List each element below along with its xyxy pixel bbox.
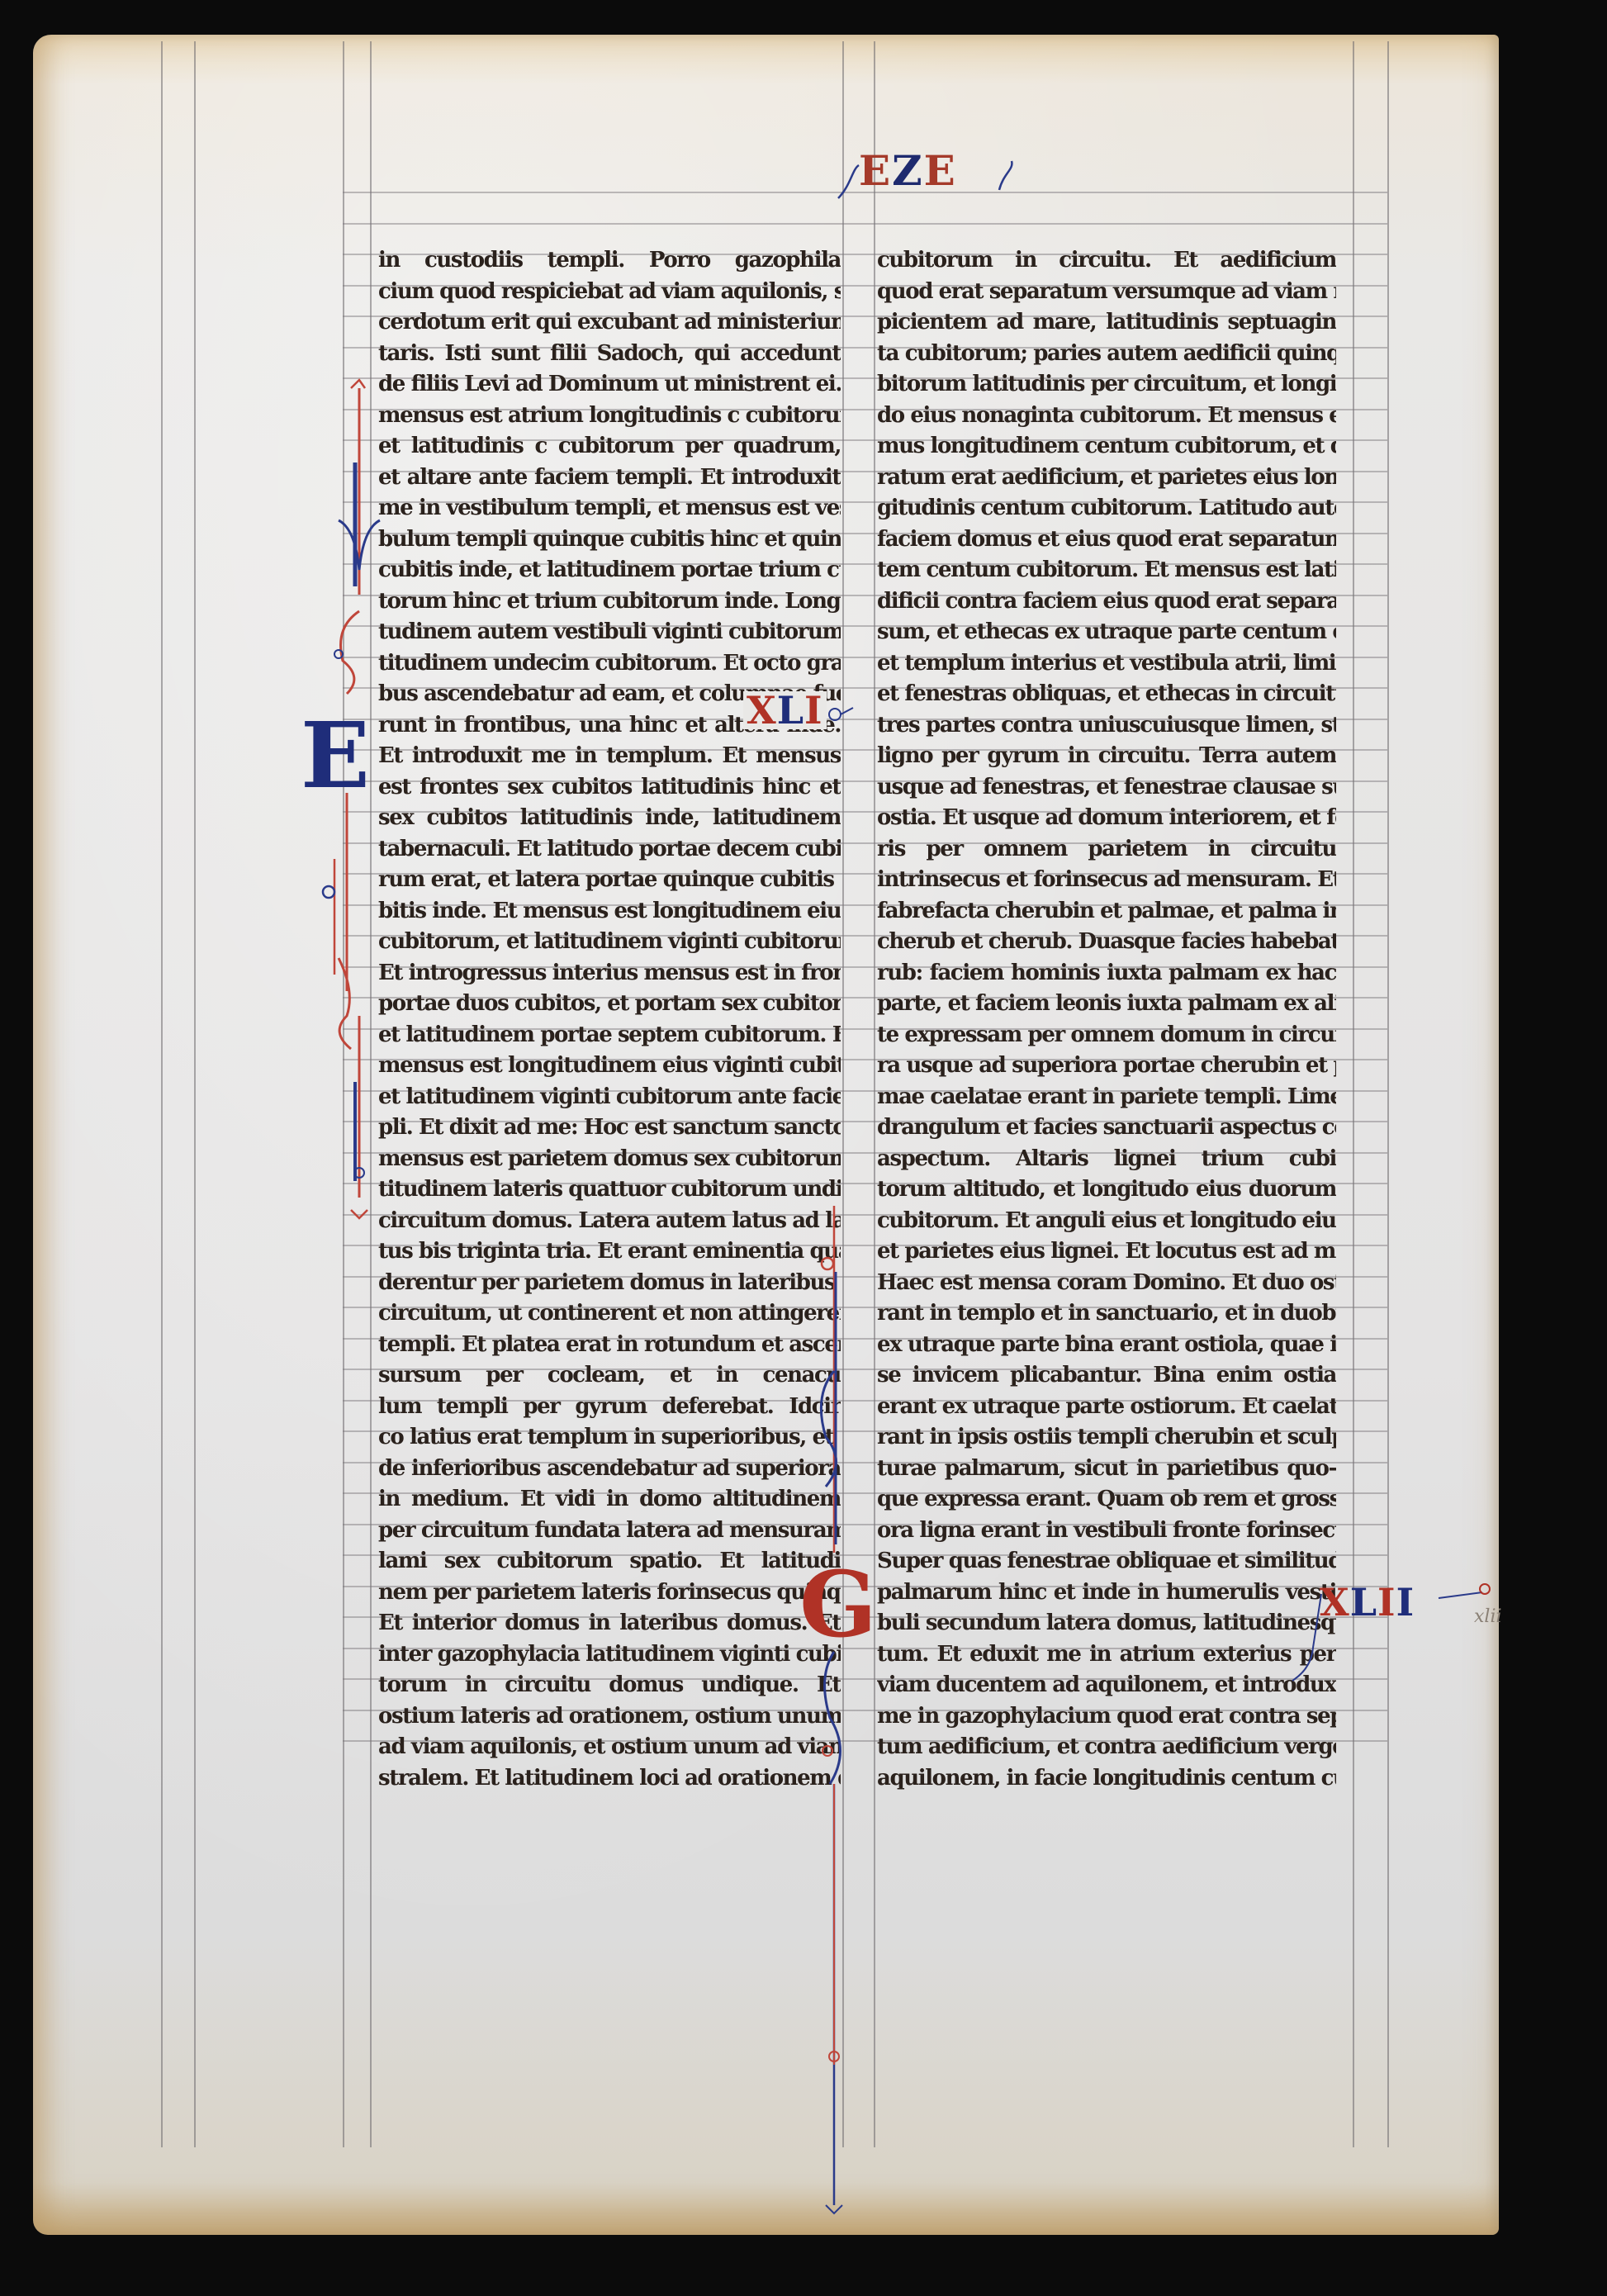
initial-penwork-e-icon <box>314 363 380 1222</box>
text-line: sursum per cocleam, et in cenacu <box>378 1360 841 1392</box>
text-line: mensus est longitudinem eius viginti cub… <box>378 1051 841 1082</box>
ruling-line <box>343 223 1387 225</box>
text-line: ora ligna erant in vestibuli fronte fori… <box>877 1516 1336 1547</box>
text-line: fabrefacta cherubin et palmae, et palma … <box>877 896 1336 927</box>
text-line: circuitum, ut continerent et non attinge… <box>378 1298 841 1330</box>
text-line: tus bis triginta tria. Et erant eminenti… <box>378 1236 841 1268</box>
text-line: sex cubitos latitudinis inde, latitudine… <box>378 803 841 834</box>
text-line: cubitis inde, et latitudinem portae triu… <box>378 555 841 586</box>
text-line: tres partes contra uniuscuiusque limen, … <box>877 710 1336 742</box>
text-line: mensus est parietem domus sex cubitorum,… <box>378 1144 841 1175</box>
text-line: et altare ante faciem templi. Et introdu… <box>378 463 841 494</box>
chapter-flourish-icon <box>1437 1577 1495 1611</box>
text-line: intrinsecus et forinsecus ad mensuram. E… <box>877 865 1336 896</box>
text-line: templi. Et platea erat in rotundum et as… <box>378 1330 841 1361</box>
text-line: aquilonem, in facie longitudinis centum … <box>877 1763 1336 1795</box>
text-line: et fenestras obliquas, et ethecas in cir… <box>877 679 1336 710</box>
text-line: cerdotum erit qui excubant ad ministeriu… <box>378 307 841 339</box>
text-line: et latitudinis c cubitorum per quadrum, <box>378 431 841 463</box>
text-line: gitudinis centum cubitorum. Latitudo aut… <box>877 493 1336 524</box>
text-line: parte, et faciem leonis iuxta palmam ex … <box>877 989 1336 1020</box>
text-line: que expressa erant. Quam ob rem et gross… <box>877 1484 1336 1516</box>
text-line: mae caelatae erant in pariete templi. Li… <box>877 1082 1336 1113</box>
text-line: in custodiis templi. Porro gazophila <box>378 245 841 277</box>
text-line: ta cubitorum; paries autem aedificii qui… <box>877 339 1336 370</box>
text-line: do eius nonaginta cubitorum. Et mensus e… <box>877 401 1336 432</box>
chapter-number-xlii: XLII <box>1320 1583 1415 1621</box>
text-line: ostium lateris ad orationem, ostium unum <box>378 1701 841 1733</box>
text-column-right: cubitorum in circuitu. Et aedificiumquod… <box>877 245 1336 1794</box>
ruling-line <box>1353 41 1354 2147</box>
text-line: aspectum. Altaris lignei trium cubi <box>877 1144 1336 1175</box>
text-line: drangulum et facies sanctuarii aspectus … <box>877 1112 1336 1144</box>
text-line: et latitudinem portae septem cubitorum. … <box>378 1020 841 1051</box>
text-line: torum altitudo, et longitudo eius duorum <box>877 1174 1336 1206</box>
text-line: inter gazophylacia latitudinem viginti c… <box>378 1639 841 1671</box>
text-line: Et interior domus in lateribus domus. Et <box>378 1608 841 1639</box>
text-line: stralem. Et latitudinem loci ad oratione… <box>378 1763 841 1795</box>
text-line: bitis inde. Et mensus est longitudinem e… <box>378 896 841 927</box>
text-line: ad viam aquilonis, et ostium unum ad via… <box>378 1732 841 1763</box>
text-line: Super quas fenestrae obliquae et similit… <box>877 1546 1336 1577</box>
text-line: titudinem lateris quattuor cubitorum und… <box>378 1174 841 1206</box>
text-line: ostia. Et usque ad domum interiorem, et … <box>877 803 1336 834</box>
text-line: quod erat separatum versumque ad viam re… <box>877 277 1336 308</box>
chapter-flourish-icon <box>1288 1590 1330 1689</box>
text-line: tum. Et eduxit me in atrium exterius per <box>877 1639 1336 1671</box>
text-line: tabernaculi. Et latitudo portae decem cu… <box>378 834 841 866</box>
text-line: et parietes eius lignei. Et locutus est … <box>877 1236 1336 1268</box>
text-line: per circuitum fundata latera ad mensuram… <box>378 1516 841 1547</box>
marginal-note: xlii <box>1474 1606 1502 1627</box>
text-line: usque ad fenestras, et fenestrae clausae… <box>877 772 1336 804</box>
text-line: Haec est mensa coram Domino. Et duo osti… <box>877 1268 1336 1299</box>
chapter-number-xli: XLI <box>743 691 827 729</box>
text-line: rub: faciem hominis iuxta palmam ex hac <box>877 958 1336 989</box>
text-line: tem centum cubitorum. Et mensus est lati… <box>877 555 1336 586</box>
text-line: dificii contra faciem eius quod erat sep… <box>877 586 1336 618</box>
text-line: Et introgressus interius mensus est in f… <box>378 958 841 989</box>
text-line: ris per omnem parietem in circuitu <box>877 834 1336 866</box>
ruling-line <box>161 41 163 2147</box>
text-line: lum templi per gyrum deferebat. Idcir <box>378 1392 841 1423</box>
text-line: sum, et ethecas ex utraque parte centum … <box>877 617 1336 648</box>
text-line: faciem domus et eius quod erat separatum… <box>877 524 1336 556</box>
text-line: lami sex cubitorum spatio. Et latitudi <box>378 1546 841 1577</box>
text-line: et templum interius et vestibula atrii, … <box>877 648 1336 680</box>
text-line: titudinem undecim cubitorum. Et octo gra… <box>378 648 841 680</box>
text-line: de filiis Levi ad Dominum ut ministrent … <box>378 369 841 401</box>
text-line: in medium. Et vidi in domo altitudinem <box>378 1484 841 1516</box>
ruling-line <box>194 41 196 2147</box>
text-column-left: in custodiis templi. Porro gazophilacium… <box>378 245 841 1794</box>
text-line: de inferioribus ascendebatur ad superior… <box>378 1454 841 1485</box>
text-line: me in gazophylacium quod erat contra sep… <box>877 1701 1336 1733</box>
text-line: co latius erat templum in superioribus, … <box>378 1422 841 1454</box>
text-line: turae palmarum, sicut in parietibus quo- <box>877 1454 1336 1485</box>
text-line: torum hinc et trium cubitorum inde. Long… <box>378 586 841 618</box>
text-line: bulum templi quinque cubitis hinc et qui… <box>378 524 841 556</box>
text-line: torum in circuitu domus undique. Et <box>378 1670 841 1701</box>
text-line: mus longitudinem centum cubitorum, et qu… <box>877 431 1336 463</box>
text-line: palmarum hinc et inde in humerulis vesti <box>877 1577 1336 1609</box>
text-line: se invicem plicabantur. Bina enim ostia <box>877 1360 1336 1392</box>
text-line: ra usque ad superiora portae cherubin et… <box>877 1051 1336 1082</box>
text-line: est frontes sex cubitos latitudinis hinc… <box>378 772 841 804</box>
ruling-line <box>874 41 875 2147</box>
text-line: derentur per parietem domus in lateribus… <box>378 1268 841 1299</box>
ruling-line <box>1387 41 1389 2147</box>
text-line: nem per parietem lateris forinsecus quin… <box>378 1577 841 1609</box>
text-line: circuitum domus. Latera autem latus ad l… <box>378 1206 841 1237</box>
text-line: cubitorum. Et anguli eius et longitudo e… <box>877 1206 1336 1237</box>
header-flourish-icon <box>834 153 1016 211</box>
initial-penwork-g-icon <box>809 1189 867 2213</box>
text-line: ratum erat aedificium, et parietes eius … <box>877 463 1336 494</box>
text-line: ligno per gyrum in circuitu. Terra autem <box>877 741 1336 772</box>
text-line: pli. Et dixit ad me: Hoc est sanctum san… <box>378 1112 841 1144</box>
text-line: bitorum latitudinis per circuitum, et lo… <box>877 369 1336 401</box>
text-line: rum erat, et latera portae quinque cubit… <box>378 865 841 896</box>
text-line: cium quod respiciebat ad viam aquilonis,… <box>378 277 841 308</box>
text-line: mensus est atrium longitudinis c cubitor… <box>378 401 841 432</box>
text-line: rant in templo et in sanctuario, et in d… <box>877 1298 1336 1330</box>
text-line: tum aedificium, et contra aedificium ver… <box>877 1732 1336 1763</box>
text-line: cherub et cherub. Duasque facies habebat… <box>877 927 1336 958</box>
text-line: rant in ipsis ostiis templi cherubin et … <box>877 1422 1336 1454</box>
text-line: buli secundum latera domus, latitudinesq… <box>877 1608 1336 1639</box>
text-line: Et introduxit me in templum. Et mensus <box>378 741 841 772</box>
text-line: me in vestibulum templi, et mensus est v… <box>378 493 841 524</box>
chapter-flourish-icon <box>822 698 855 731</box>
text-line: cubitorum in circuitu. Et aedificium <box>877 245 1336 277</box>
text-line: viam ducentem ad aquilonem, et introduxi… <box>877 1670 1336 1701</box>
text-line: ex utraque parte bina erant ostiola, qua… <box>877 1330 1336 1361</box>
text-line: erant ex utraque parte ostiorum. Et cael… <box>877 1392 1336 1423</box>
text-line: te expressam per omnem domum in circuitu… <box>877 1020 1336 1051</box>
text-line: taris. Isti sunt filii Sadoch, qui acced… <box>378 339 841 370</box>
text-line: et latitudinem viginti cubitorum ante fa… <box>378 1082 841 1113</box>
text-line: cubitorum, et latitudinem viginti cubito… <box>378 927 841 958</box>
text-line: picientem ad mare, latitudinis septuagin <box>877 307 1336 339</box>
text-line: tudinem autem vestibuli viginti cubitoru… <box>378 617 841 648</box>
text-line: portae duos cubitos, et portam sex cubit… <box>378 989 841 1020</box>
